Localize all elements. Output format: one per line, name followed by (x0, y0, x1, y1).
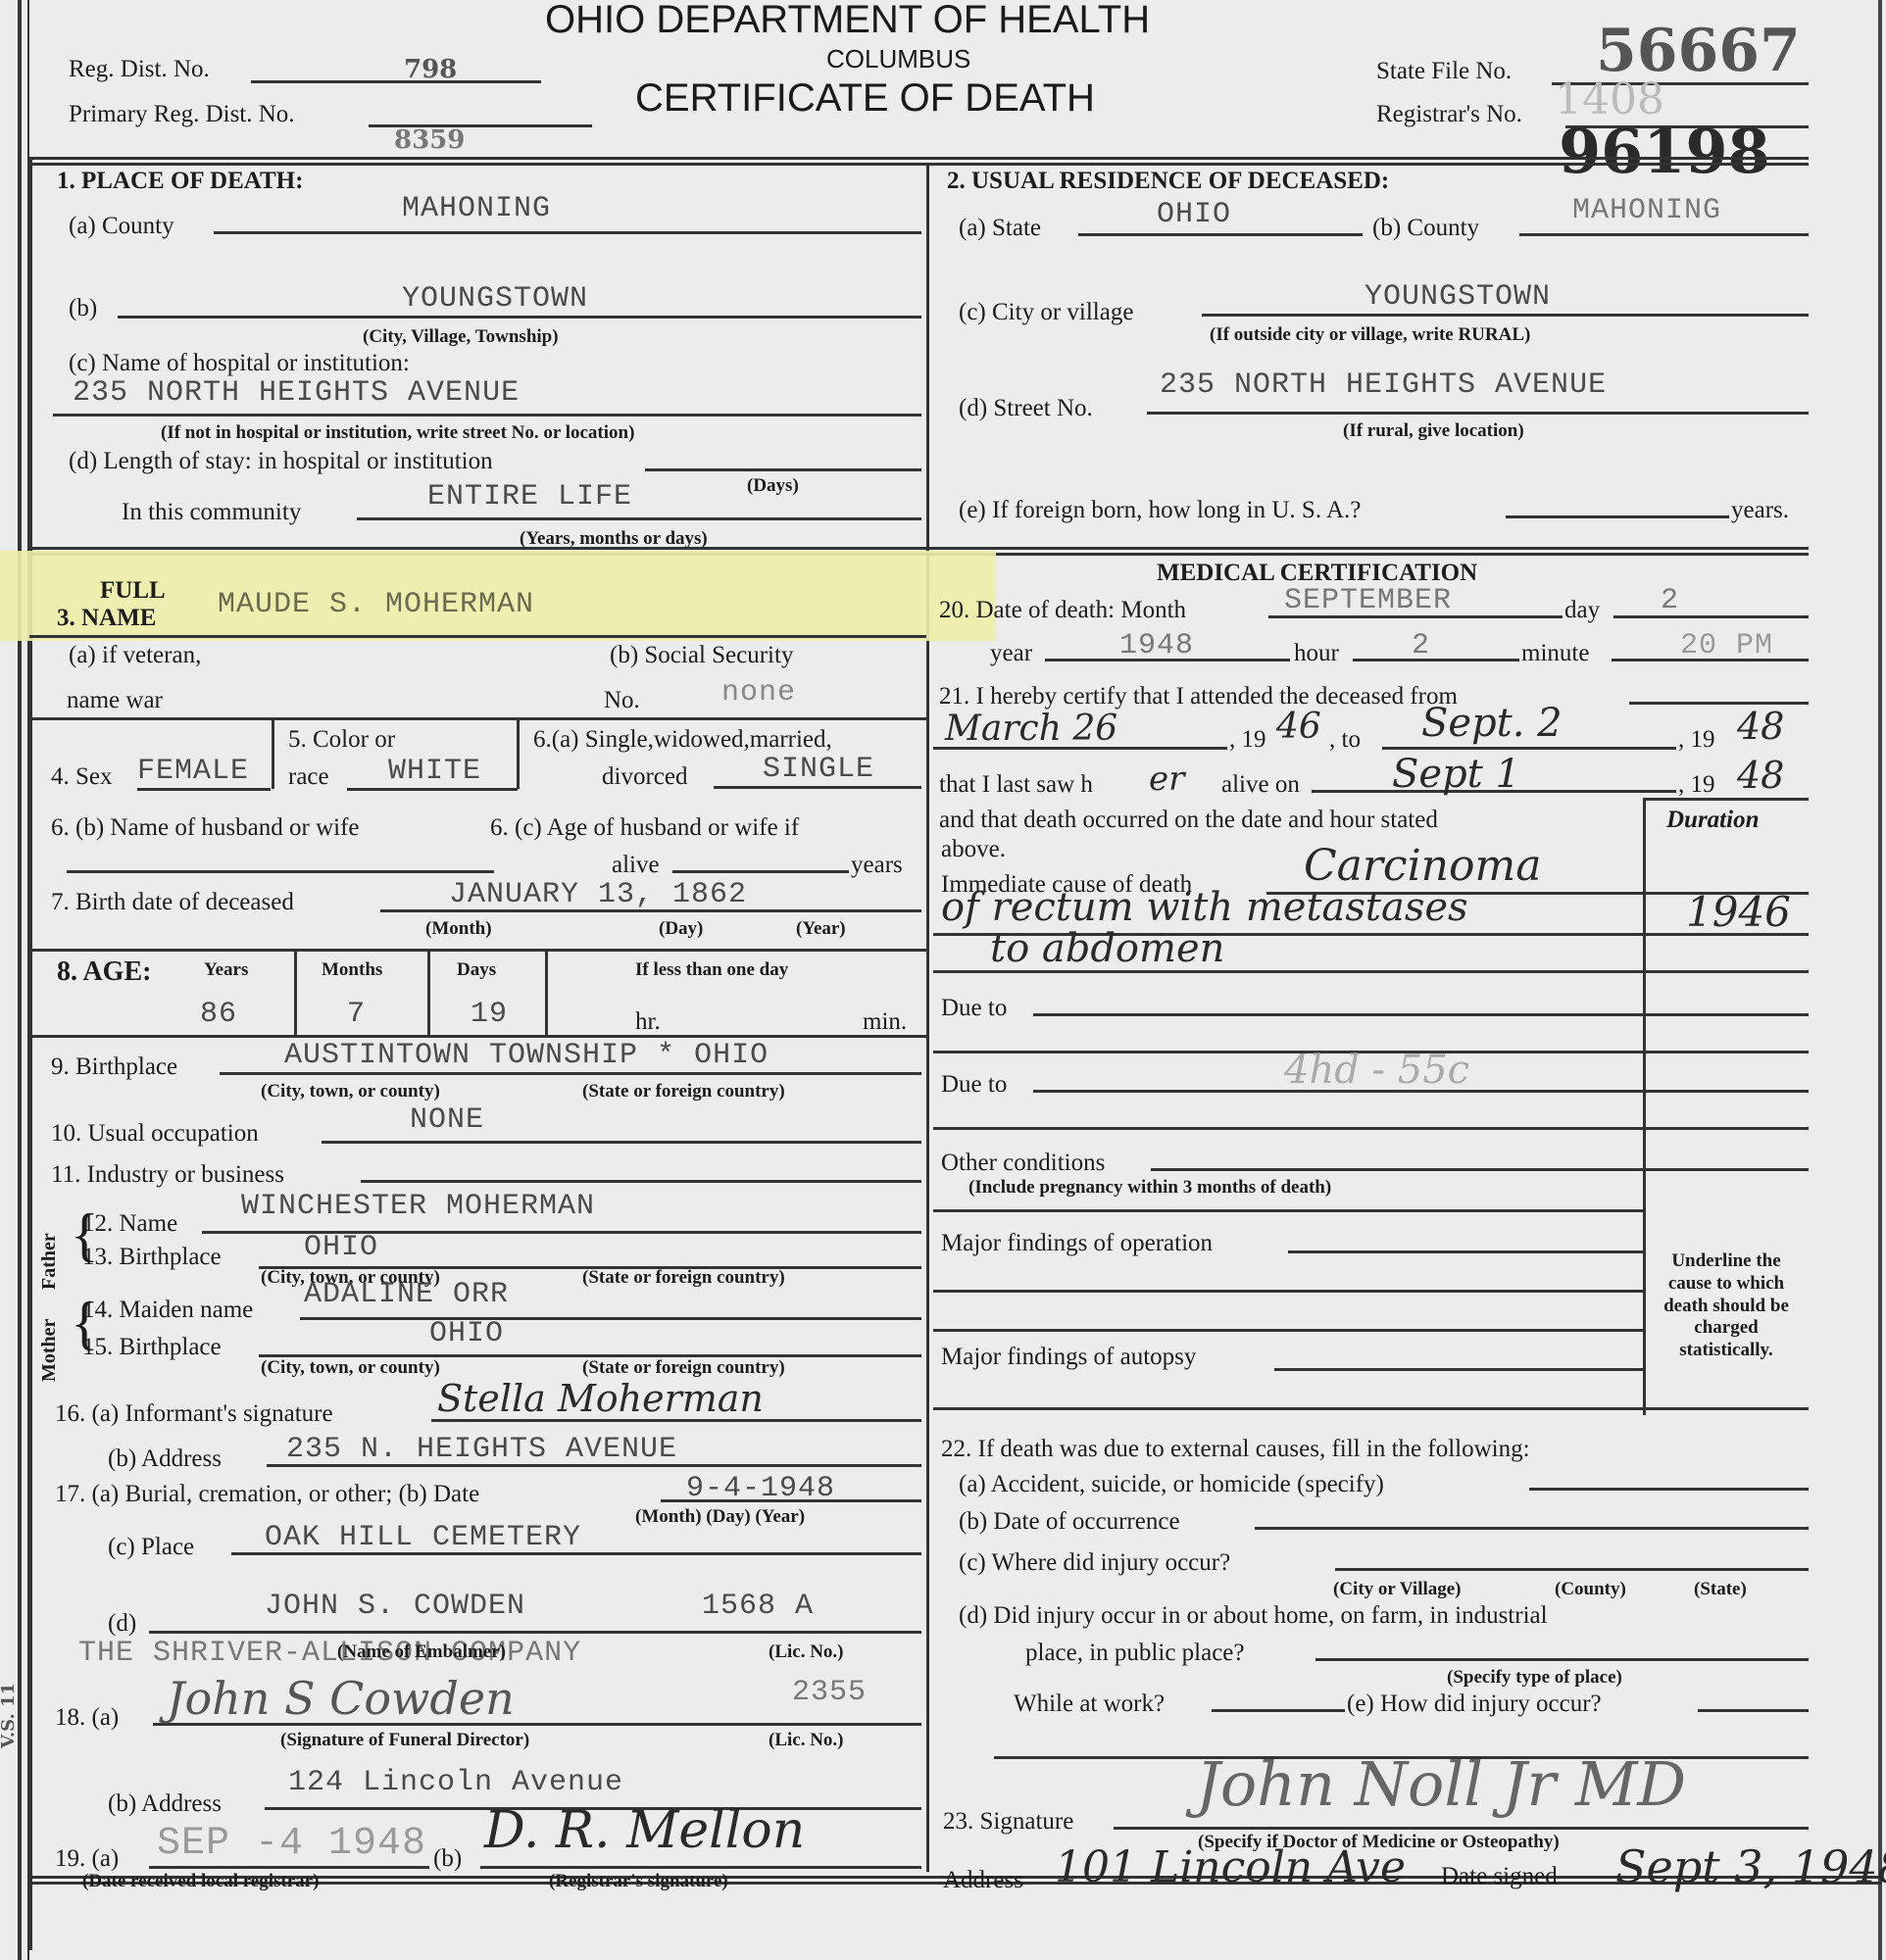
stay-label: (d) Length of stay: in hospital or insti… (69, 449, 493, 473)
medical-heading: MEDICAL CERTIFICATION (1157, 561, 1477, 585)
death-day-label: day (1564, 598, 1600, 622)
embalmer-value[interactable]: JOHN S. COWDEN (265, 1592, 525, 1621)
birthplace-state-hint: (State or foreign country) (582, 1082, 785, 1101)
operation-line-c (933, 1329, 1643, 1332)
race-value[interactable]: WHITE (388, 757, 481, 786)
registrar-no-label: Registrar's No. (1376, 102, 1522, 126)
name-label: 3. NAME (57, 606, 156, 630)
res-street-line (1147, 412, 1809, 415)
age-less-label: If less than one day (635, 960, 788, 979)
alive-on-value[interactable]: Sept 1 (1392, 755, 1520, 794)
registrar-sig-hint: (Registrar's signature) (549, 1872, 728, 1890)
name-sub-divider (29, 717, 926, 720)
primary-reg-label: Primary Reg. Dist. No. (69, 102, 295, 126)
birthplace-label: 9. Birthplace (51, 1054, 177, 1079)
res-state-line (1078, 233, 1363, 236)
from-year-prefix: , 19 (1229, 727, 1266, 752)
burial-place-value[interactable]: OAK HILL CEMETERY (265, 1523, 581, 1552)
sex-label: 4. Sex (51, 764, 113, 789)
full-name-value[interactable]: MAUDE S. MOHERMAN (218, 590, 534, 619)
physician-sig-label: 23. Signature (943, 1809, 1073, 1834)
father-name-label: 12. Name (82, 1211, 177, 1236)
race-label: race (288, 764, 329, 789)
other-line-b (933, 1209, 1643, 1212)
father-state-hint: (State or foreign country) (582, 1268, 785, 1287)
cause-line-3-value[interactable]: to abdomen (990, 929, 1224, 968)
father-name-value[interactable]: WINCHESTER MOHERMAN (241, 1192, 595, 1221)
death-date-label: 20. Date of death: Month (939, 598, 1186, 622)
external-heading: 22. If death was due to external causes,… (941, 1437, 1530, 1461)
autopsy-line (1274, 1368, 1643, 1371)
external-e-label: (e) How did injury occur? (1347, 1691, 1602, 1716)
embalmer-d-label: (d) (108, 1611, 136, 1636)
pronoun-value[interactable]: er (1149, 762, 1184, 796)
autopsy-label: Major findings of autopsy (941, 1345, 1196, 1369)
due-to-2-label: Due to (941, 1072, 1007, 1097)
race-line (347, 788, 518, 791)
ss-label: (b) Social Security (610, 643, 793, 667)
reg-dist-line (251, 80, 541, 83)
community-hint: (Years, months or days) (520, 529, 708, 548)
informant-address-value[interactable]: 235 N. HEIGHTS AVENUE (286, 1435, 677, 1464)
res-street-label: (d) Street No. (959, 396, 1093, 420)
age-years-value[interactable]: 86 (200, 1000, 237, 1029)
age-months-label: Months (322, 960, 382, 979)
community-label: In this community (122, 500, 301, 524)
occupation-label: 10. Usual occupation (51, 1121, 259, 1146)
age-div-2 (427, 951, 430, 1035)
to-label: , to (1329, 727, 1361, 752)
last-saw-label: that I last saw h (939, 772, 1093, 797)
embalmer-lic-hint: (Lic. No.) (769, 1642, 844, 1661)
death-month-value[interactable]: SEPTEMBER (1284, 586, 1452, 615)
to-year-value[interactable]: 48 (1737, 708, 1784, 745)
department-title: OHIO DEPARTMENT OF HEALTH (545, 0, 1150, 39)
funeral-signature[interactable]: John S Cowden (167, 1676, 515, 1721)
marital-label: 6.(a) Single,widowed,married, (533, 727, 832, 752)
veteran-label: (a) if veteran, (69, 643, 201, 667)
physician-signature[interactable]: John Noll Jr MD (1196, 1754, 1686, 1815)
from-line (933, 747, 1227, 750)
occupation-line (322, 1141, 921, 1144)
right-border (1878, 0, 1882, 1960)
registrar-date-value[interactable]: SEP -4 1948 (157, 1825, 426, 1864)
res-county-value[interactable]: MAHONING (1572, 196, 1721, 225)
mother-birth-label: 15. Birthplace (82, 1335, 222, 1359)
duration-label: Duration (1666, 808, 1759, 832)
external-c-line (1335, 1568, 1809, 1571)
work-label: While at work? (1014, 1691, 1165, 1716)
due-to-1-label: Due to (941, 996, 1007, 1020)
physician-sig-line (1114, 1827, 1809, 1830)
foreign-years-label: years. (1731, 498, 1789, 522)
external-d-label2: place, in public place? (1025, 1641, 1245, 1665)
physician-address-value[interactable]: 101 Lincoln Ave (1055, 1846, 1406, 1889)
external-c-state-hint: (State) (1694, 1580, 1747, 1598)
industry-line (361, 1180, 921, 1183)
birth-day-hint: (Day) (659, 919, 703, 938)
spouse-label: 6. (b) Name of husband or wife (51, 815, 360, 840)
birthplace-value[interactable]: AUSTINTOWN TOWNSHIP * OHIO (284, 1041, 769, 1070)
stay-line (645, 468, 921, 471)
death-hour-line (1353, 659, 1519, 661)
external-c-county-hint: (County) (1555, 1580, 1626, 1598)
cause-line-3 (933, 970, 1809, 973)
death-year-value[interactable]: 1948 (1119, 631, 1194, 661)
work-line (1212, 1709, 1345, 1712)
burial-date-hint: (Month) (Day) (Year) (635, 1507, 805, 1526)
attended-to-value[interactable]: Sept. 2 (1421, 704, 1563, 743)
divorced-label: divorced (602, 764, 687, 789)
death-minute-value[interactable]: 20 PM (1680, 631, 1773, 661)
operation-line-b (933, 1290, 1643, 1293)
maiden-value[interactable]: ADALINE ORR (304, 1280, 509, 1309)
death-day-line (1613, 615, 1809, 618)
external-c-city-hint: (City or Village) (1333, 1580, 1462, 1598)
registrar-b-label: (b) (433, 1846, 462, 1871)
marital-value[interactable]: SINGLE (763, 755, 874, 784)
days-hint: (Days) (747, 476, 799, 495)
foreign-label: (e) If foreign born, how long in U. S. A… (959, 498, 1361, 522)
frame-left (29, 157, 32, 1950)
father-birth-value[interactable]: OHIO (304, 1233, 378, 1262)
county-line (214, 231, 921, 234)
cause-line-2-value[interactable]: of rectum with metastases (941, 888, 1468, 927)
external-e-line (1698, 1709, 1809, 1712)
mother-state-hint: (State or foreign country) (582, 1358, 785, 1377)
to-year-prefix: , 19 (1678, 727, 1715, 752)
physician-date-value[interactable]: Sept 3, 1948 (1615, 1844, 1886, 1889)
informant-sig-label: 16. (a) Informant's signature (55, 1401, 333, 1426)
place-of-death-heading: 1. PLACE OF DEATH: (57, 169, 303, 193)
res-city-hint: (If outside city or village, write RURAL… (1210, 325, 1530, 344)
primary-reg-value[interactable]: 8359 (394, 127, 465, 153)
res-city-value[interactable]: YOUNGSTOWN (1365, 282, 1551, 312)
registrar-date-hint: (Date received local registrar) (82, 1872, 319, 1890)
alive-year-prefix: , 19 (1678, 772, 1715, 797)
city-line (118, 316, 921, 318)
alive-year-value[interactable]: 48 (1737, 757, 1784, 794)
autopsy-line-b (933, 1407, 1809, 1410)
res-city-label: (c) City or village (959, 300, 1133, 324)
registrar-sig-line (480, 1866, 921, 1869)
age-min-label: min. (863, 1009, 907, 1034)
birth-year-hint: (Year) (796, 919, 846, 938)
column-divider (926, 163, 929, 1872)
res-county-line (1519, 233, 1809, 236)
death-city-value[interactable]: YOUNGSTOWN (402, 284, 588, 314)
cause-line-1-value[interactable]: Carcinoma (1304, 845, 1541, 888)
above-label: above. (941, 837, 1006, 861)
foreign-line (1506, 515, 1729, 518)
state-file-value[interactable]: 56667 (1596, 22, 1801, 80)
age-days-label: Days (457, 960, 496, 979)
burial-date-value[interactable]: 9-4-1948 (686, 1474, 835, 1503)
duration-top-line (1643, 798, 1809, 801)
sex-divider (272, 720, 274, 789)
informant-signature[interactable]: Stella Moherman (437, 1380, 764, 1417)
color-label: 5. Color or (288, 727, 395, 752)
registrar-signature[interactable]: D. R. Mellon (484, 1805, 805, 1856)
birthplace-line (220, 1072, 921, 1075)
reg-dist-value[interactable]: 798 (404, 57, 457, 82)
res-state-label: (a) State (959, 216, 1041, 240)
alive-label: alive (612, 853, 660, 877)
city-b-label: (b) (69, 296, 97, 320)
death-hour-value[interactable]: 2 (1412, 631, 1430, 661)
attended-from-value[interactable]: March 26 (945, 711, 1117, 747)
form-code: V.S. 11 (0, 1683, 18, 1748)
res-street-value[interactable]: 235 NORTH HEIGHTS AVENUE (1160, 370, 1607, 400)
death-year-label: year (990, 641, 1032, 665)
alive-on-label: alive on (1221, 772, 1300, 797)
hospital-value[interactable]: 235 NORTH HEIGHTS AVENUE (73, 378, 520, 408)
county-value[interactable]: MAHONING (402, 194, 551, 223)
county-label: (a) County (69, 214, 174, 238)
res-county-label: (b) County (1372, 216, 1479, 240)
informant-address-label: (b) Address (108, 1446, 222, 1471)
registrar-no-value[interactable]: 96198 (1559, 122, 1770, 182)
operation-line (1288, 1250, 1643, 1253)
sex-value[interactable]: FEMALE (137, 757, 249, 786)
name-line (29, 635, 926, 638)
form-title: CERTIFICATE OF DEATH (635, 78, 1095, 118)
father-birth-label: 13. Birthplace (82, 1245, 222, 1269)
hospital-line (53, 414, 921, 416)
underline-note: Underline the cause to which death shoul… (1653, 1250, 1800, 1362)
age-top-line (29, 949, 926, 952)
funeral-lic-hint: (Lic. No.) (769, 1731, 844, 1749)
father-side-label: Father (39, 1233, 59, 1290)
from-year-value[interactable]: 46 (1276, 710, 1321, 745)
registrar-label: 19. (a) (55, 1846, 119, 1871)
age-bottom-line (29, 1035, 926, 1038)
burial-label: 17. (a) Burial, cremation, or other; (b)… (55, 1482, 479, 1506)
due-to-2-line-b (933, 1127, 1809, 1130)
external-d-line (1315, 1658, 1809, 1661)
race-divider (517, 720, 520, 789)
age-hr-label: hr. (635, 1009, 661, 1034)
reg-dist-label: Reg. Dist. No. (69, 57, 210, 81)
maiden-label: 14. Maiden name (82, 1298, 253, 1322)
mother-birth-value[interactable]: OHIO (429, 1319, 504, 1348)
res-state-value[interactable]: OHIO (1157, 200, 1231, 229)
other-conditions-label: Other conditions (941, 1151, 1105, 1175)
sex-line (137, 788, 271, 791)
state-file-label: State File No. (1376, 59, 1512, 83)
occurred-label: and that death occurred on the date and … (939, 808, 1438, 832)
residence-heading: 2. USUAL RESIDENCE OF DECEASED: (947, 169, 1389, 193)
physician-address-label: Address (943, 1868, 1023, 1892)
embalmer-line (149, 1631, 921, 1634)
res-street-hint: (If rural, give location) (1343, 421, 1524, 440)
funeral-sig-hint: (Signature of Funeral Director) (280, 1731, 529, 1749)
embalmer-lic-value[interactable]: 1568 A (702, 1592, 814, 1621)
funeral-label: 18. (a) (55, 1705, 119, 1730)
other-hint: (Include pregnancy within 3 months of de… (968, 1178, 1331, 1197)
death-minute-label: minute (1521, 641, 1589, 665)
header-divider (29, 157, 1809, 166)
burial-place-label: (c) Place (108, 1535, 194, 1559)
mother-city-hint: (City, town, or county) (261, 1358, 440, 1377)
external-a-label: (a) Accident, suicide, or homicide (spec… (959, 1472, 1384, 1496)
mother-side-label: Mother (39, 1319, 59, 1382)
birth-value[interactable]: JANUARY 13, 1862 (449, 880, 747, 909)
other-line (1151, 1168, 1809, 1171)
company-value[interactable]: THE SHRIVER-ALLISON COMPANY (78, 1639, 581, 1668)
external-a-line (1529, 1488, 1809, 1491)
marital-line (714, 786, 921, 789)
death-hour-label: hour (1294, 641, 1339, 665)
res-city-line (1202, 314, 1809, 317)
birth-label: 7. Birth date of deceased (51, 890, 294, 914)
hospital-hint: (If not in hospital or institution, writ… (161, 423, 634, 442)
to-line (1382, 747, 1676, 750)
funeral-lic-value[interactable]: 2355 (792, 1678, 867, 1707)
certify-label: 21. I hereby certify that I attended the… (939, 684, 1458, 709)
city-hint: (City, Village, Township) (363, 327, 559, 346)
industry-label: 11. Industry or business (51, 1162, 284, 1187)
war-label: name war (67, 688, 163, 712)
registrar-date-line (149, 1866, 429, 1869)
age-months-value[interactable]: 7 (347, 1000, 366, 1029)
alive-line (672, 870, 849, 873)
spouse-line (67, 870, 494, 873)
community-line (357, 517, 921, 520)
age-days-value[interactable]: 19 (471, 1000, 508, 1029)
ss-no-label: No. (604, 688, 640, 712)
code-note: 4hd - 55c (1284, 1051, 1469, 1090)
funeral-address-label: (b) Address (108, 1791, 222, 1816)
operation-label: Major findings of operation (941, 1231, 1213, 1255)
spouse-age-label: 6. (c) Age of husband or wife if (490, 815, 799, 840)
embalmer-hint: (Name of Embalmer) (337, 1642, 506, 1661)
external-d-label: (d) Did injury occur in or about home, o… (959, 1603, 1548, 1628)
external-c-label: (c) Where did injury occur? (959, 1550, 1230, 1575)
city-title: COLUMBUS (826, 46, 970, 72)
external-b-line (1255, 1527, 1809, 1530)
birth-month-hint: (Month) (425, 919, 492, 938)
external-b-label: (b) Date of occurrence (959, 1509, 1180, 1534)
hospital-label: (c) Name of hospital or institution: (69, 351, 410, 375)
age-div-1 (294, 951, 297, 1035)
birthplace-city-hint: (City, town, or county) (261, 1082, 440, 1101)
external-d-hint: (Specify type of place) (1447, 1668, 1622, 1687)
spouse-years-label: years (851, 853, 903, 877)
age-label: 8. AGE: (57, 958, 151, 986)
ss-value[interactable]: none (721, 678, 796, 708)
death-day-value[interactable]: 2 (1661, 586, 1679, 615)
age-div-3 (545, 951, 548, 1035)
community-value[interactable]: ENTIRE LIFE (427, 482, 632, 512)
due-to-2-line (1033, 1090, 1809, 1093)
occupation-value[interactable]: NONE (410, 1105, 484, 1135)
funeral-address-value[interactable]: 124 Lincoln Avenue (288, 1768, 623, 1797)
left-border (18, 0, 22, 1960)
full-label: FULL (100, 578, 166, 603)
maiden-line (300, 1317, 921, 1320)
physician-date-label: Date signed (1441, 1864, 1558, 1888)
age-years-label: Years (204, 960, 248, 979)
due-to-1-line (1033, 1013, 1809, 1016)
duration-divider (1643, 798, 1646, 1415)
duration-value[interactable]: 1946 (1686, 892, 1791, 933)
